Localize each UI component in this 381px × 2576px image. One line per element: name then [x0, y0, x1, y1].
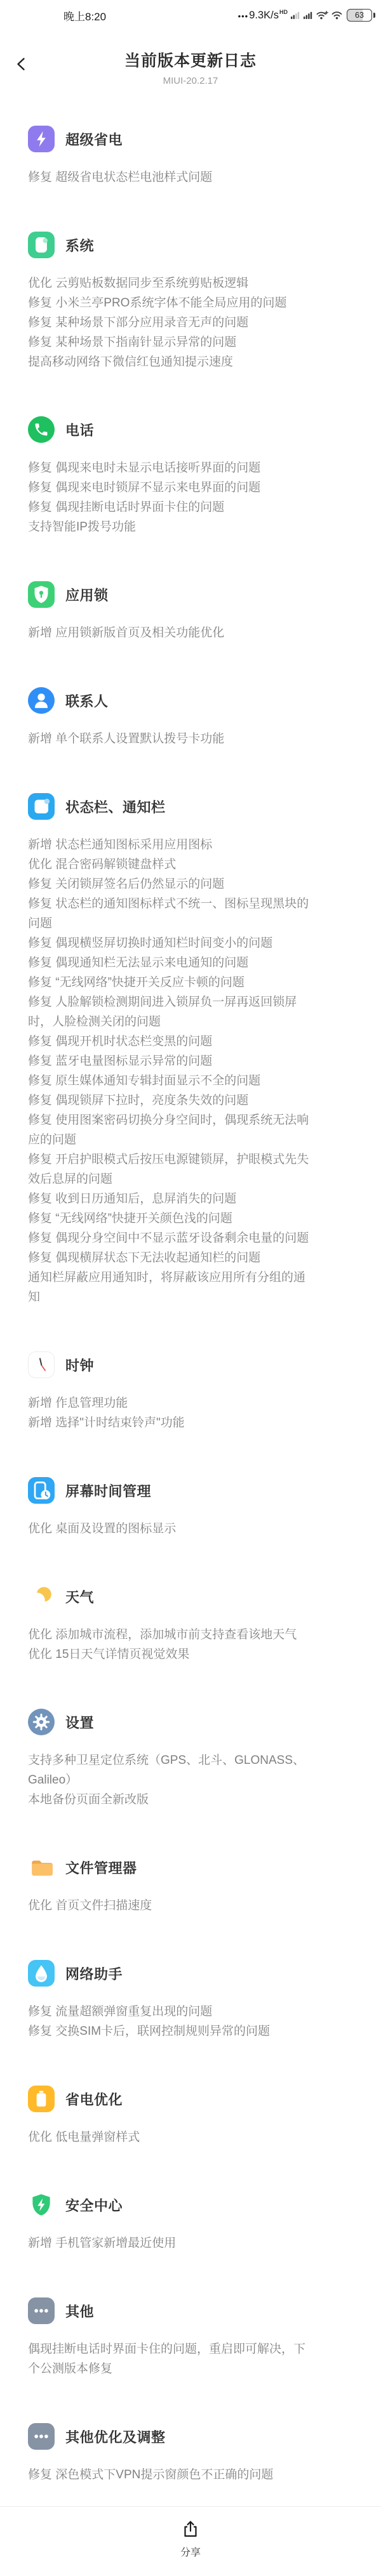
changelog-sections: 超级省电 修复 超级省电状态栏电池样式问题 系统 优化 云剪贴板数据同步至系统剪…: [0, 98, 381, 2485]
back-button[interactable]: [10, 53, 33, 76]
section-title: 电话: [65, 420, 94, 440]
changelog-item: 修复 “无线网络”快捷开关颜色浅的问题: [28, 1209, 315, 1228]
changelog-item: 修复 原生媒体通知专辑封面显示不全的问题: [28, 1071, 315, 1091]
changelog-item: 修复 小米兰亭PRO系统字体不能全局应用的问题: [28, 293, 315, 313]
section-title: 其他: [65, 2301, 94, 2321]
changelog-item: 优化 云剪贴板数据同步至系统剪贴板逻辑: [28, 273, 315, 293]
changelog-item: 优化 首页文件扫描速度: [28, 1896, 315, 1916]
section-header: 电话: [28, 416, 353, 443]
section-items: 优化 云剪贴板数据同步至系统剪贴板逻辑修复 小米兰亭PRO系统字体不能全局应用的…: [28, 273, 315, 372]
section-header: 时钟: [28, 1351, 353, 1378]
section-header: 系统: [28, 232, 353, 258]
changelog-section: 设置 支持多种卫星定位系统（GPS、北斗、GLONASS、Galileo）本地备…: [0, 1709, 381, 1810]
status-bar: 晚上8:20 •••9.3K/sHD 63: [0, 0, 381, 25]
battery-level: 63: [355, 11, 364, 20]
changelog-item: 修复 状态栏的通知图标样式不统一、图标呈现黑块的问题: [28, 894, 315, 933]
changelog-item: 修复 偶现来电时锁屏不显示来电界面的问题: [28, 478, 315, 497]
section-title: 天气: [65, 1587, 94, 1607]
changelog-section: 状态栏、通知栏 新增 状态栏通知图标采用应用图标优化 混合密码解锁键盘样式修复 …: [0, 793, 381, 1307]
gear-icon: [28, 1709, 55, 1735]
changelog-section: 其他优化及调整 修复 深色模式下VPN提示窗颜色不正确的问题: [0, 2423, 381, 2485]
battery-icon: 63: [347, 9, 372, 22]
section-title: 安全中心: [65, 2195, 123, 2215]
section-header: 天气: [28, 1583, 353, 1610]
changelog-item: 修复 使用图案密码切换分身空间时，偶现系统无法响应的问题: [28, 1110, 315, 1150]
lightning-icon: [28, 126, 55, 152]
network-speed: •••9.3K/sHD: [238, 10, 288, 22]
section-header: 其他优化及调整: [28, 2423, 353, 2450]
changelog-item: 修复 收到日历通知后，息屏消失的问题: [28, 1189, 315, 1209]
section-title: 系统: [65, 235, 94, 255]
changelog-item: 偶现挂断电话时界面卡住的问题，重启即可解决，下个公测版本修复: [28, 2339, 315, 2379]
phone-icon: [28, 416, 55, 443]
section-items: 修复 深色模式下VPN提示窗颜色不正确的问题: [28, 2465, 315, 2485]
section-items: 修复 超级省电状态栏电池样式问题: [28, 168, 315, 187]
shield-bolt-icon: [28, 2192, 55, 2218]
folder-icon: [28, 1854, 55, 1881]
section-title: 网络助手: [65, 1964, 123, 1983]
share-button[interactable]: 分享: [177, 2518, 204, 2560]
signal-icon: [304, 11, 313, 20]
changelog-item: 修复 偶现开机时状态栏变黑的问题: [28, 1032, 315, 1051]
changelog-item: 本地备份页面全新改版: [28, 1790, 315, 1810]
changelog-item: 修复 开启护眼模式后按压电源键锁屏，护眼模式先失效后息屏的问题: [28, 1150, 315, 1189]
section-title: 状态栏、通知栏: [65, 797, 166, 817]
changelog-section: 系统 优化 云剪贴板数据同步至系统剪贴板逻辑修复 小米兰亭PRO系统字体不能全局…: [0, 232, 381, 372]
back-chevron-icon: [13, 56, 30, 74]
changelog-item: 修复 某种场景下部分应用录音无声的问题: [28, 313, 315, 332]
section-items: 偶现挂断电话时界面卡住的问题，重启即可解决，下个公测版本修复: [28, 2339, 315, 2379]
changelog-item: 新增 选择"计时结束铃声"功能: [28, 1413, 315, 1433]
ellipsis-icon: [28, 2297, 55, 2324]
section-title: 应用锁: [65, 585, 109, 605]
changelog-item: 优化 低电量弹窗样式: [28, 2127, 315, 2147]
section-items: 新增 应用锁新版首页及相关功能优化: [28, 623, 315, 643]
section-items: 优化 低电量弹窗样式: [28, 2127, 315, 2147]
changelog-item: 修复 偶现分身空间中不显示蓝牙设备剩余电量的问题: [28, 1228, 315, 1248]
section-title: 其他优化及调整: [65, 2427, 166, 2447]
changelog-section: 安全中心 新增 手机管家新增最近使用: [0, 2192, 381, 2253]
changelog-section: 省电优化 优化 低电量弹窗样式: [0, 2086, 381, 2147]
page-header: 当前版本更新日志 MIUI-20.2.17: [0, 25, 381, 98]
hd-volte-icon: HD: [279, 9, 288, 15]
section-header: 屏幕时间管理: [28, 1477, 353, 1504]
water-drop-icon: [28, 1960, 55, 1987]
changelog-item: 通知栏屏蔽应用通知时，将屏蔽该应用所有分组的通知: [28, 1268, 315, 1307]
changelog-item: 修复 人脸解锁检测期间进入锁屏负一屏再返回锁屏时，人脸检测关闭的问题: [28, 992, 315, 1032]
changelog-item: 优化 混合密码解锁键盘样式: [28, 855, 315, 874]
changelog-item: 修复 深色模式下VPN提示窗颜色不正确的问题: [28, 2465, 315, 2485]
changelog-item: 修复 某种场景下指南针显示异常的问题: [28, 332, 315, 352]
changelog-item: 修复 交换SIM卡后，联网控制规则异常的问题: [28, 2021, 315, 2041]
section-items: 支持多种卫星定位系统（GPS、北斗、GLONASS、Galileo）本地备份页面…: [28, 1751, 315, 1810]
changelog-item: 优化 添加城市流程，添加城市前支持查看该地天气: [28, 1625, 315, 1645]
footer-bar: 分享: [0, 2506, 381, 2576]
changelog-page: 晚上8:20 •••9.3K/sHD 63 当前版本更新日志 MIUI-20: [0, 0, 381, 2576]
changelog-section: 时钟 新增 作息管理功能新增 选择"计时结束铃声"功能: [0, 1351, 381, 1433]
changelog-section: 天气 优化 添加城市流程，添加城市前支持查看该地天气优化 15日天气详情页视觉效…: [0, 1583, 381, 1664]
section-title: 设置: [65, 1712, 94, 1732]
section-title: 超级省电: [65, 129, 123, 149]
changelog-item: 修复 偶现横竖屏切换时通知栏时间变小的问题: [28, 933, 315, 953]
changelog-section: 超级省电 修复 超级省电状态栏电池样式问题: [0, 126, 381, 187]
section-title: 时钟: [65, 1355, 94, 1375]
section-items: 优化 添加城市流程，添加城市前支持查看该地天气优化 15日天气详情页视觉效果: [28, 1625, 315, 1664]
changelog-item: 新增 应用锁新版首页及相关功能优化: [28, 623, 315, 643]
changelog-section: 应用锁 新增 应用锁新版首页及相关功能优化: [0, 581, 381, 643]
changelog-item: 优化 桌面及设置的图标显示: [28, 1519, 315, 1539]
section-header: 应用锁: [28, 581, 353, 608]
section-header: 联系人: [28, 687, 353, 714]
section-title: 联系人: [65, 691, 109, 711]
notification-panel-icon: [28, 793, 55, 820]
section-items: 新增 单个联系人设置默认拨号卡功能: [28, 729, 315, 749]
share-label: 分享: [180, 2544, 201, 2559]
changelog-item: 修复 蓝牙电量图标显示异常的问题: [28, 1051, 315, 1071]
section-items: 新增 状态栏通知图标采用应用图标优化 混合密码解锁键盘样式修复 关闭锁屏签名后仍…: [28, 835, 315, 1307]
status-icons: •••9.3K/sHD 63: [238, 9, 372, 22]
page-title: 当前版本更新日志: [0, 48, 381, 71]
changelog-section: 屏幕时间管理 优化 桌面及设置的图标显示: [0, 1477, 381, 1539]
section-items: 新增 手机管家新增最近使用: [28, 2233, 315, 2253]
changelog-section: 其他 偶现挂断电话时界面卡住的问题，重启即可解决，下个公测版本修复: [0, 2297, 381, 2379]
ellipsis-icon: [28, 2423, 55, 2450]
clock-icon: [28, 1351, 55, 1378]
section-header: 省电优化: [28, 2086, 353, 2112]
signal-icon: [291, 11, 300, 20]
changelog-item: 修复 偶现挂断电话时界面卡住的问题: [28, 497, 315, 517]
section-title: 屏幕时间管理: [65, 1481, 151, 1501]
section-header: 其他: [28, 2297, 353, 2324]
section-header: 状态栏、通知栏: [28, 793, 353, 820]
changelog-item: 修复 超级省电状态栏电池样式问题: [28, 168, 315, 187]
battery-icon: [28, 2086, 55, 2112]
section-header: 文件管理器: [28, 1854, 353, 1881]
changelog-item: 修复 偶现通知栏无法显示来电通知的问题: [28, 953, 315, 973]
section-header: 网络助手: [28, 1960, 353, 1987]
changelog-item: 修复 偶现锁屏下拉时，亮度条失效的问题: [28, 1091, 315, 1110]
changelog-item: 修复 偶现来电时未显示电话接听界面的问题: [28, 458, 315, 478]
changelog-section: 电话 修复 偶现来电时未显示电话接听界面的问题修复 偶现来电时锁屏不显示来电界面…: [0, 416, 381, 537]
section-items: 新增 作息管理功能新增 选择"计时结束铃声"功能: [28, 1393, 315, 1433]
version-subtitle: MIUI-20.2.17: [0, 76, 381, 86]
changelog-item: 修复 偶现横屏状态下无法收起通知栏的问题: [28, 1248, 315, 1268]
changelog-item: 新增 单个联系人设置默认拨号卡功能: [28, 729, 315, 749]
changelog-section: 文件管理器 优化 首页文件扫描速度: [0, 1854, 381, 1916]
system-icon: [28, 232, 55, 258]
section-header: 安全中心: [28, 2192, 353, 2218]
changelog-item: 支持多种卫星定位系统（GPS、北斗、GLONASS、Galileo）: [28, 1751, 315, 1790]
shield-lock-icon: [28, 581, 55, 608]
changelog-section: 联系人 新增 单个联系人设置默认拨号卡功能: [0, 687, 381, 749]
section-header: 设置: [28, 1709, 353, 1735]
changelog-item: 新增 作息管理功能: [28, 1393, 315, 1413]
section-title: 省电优化: [65, 2089, 123, 2109]
phone-clock-icon: [28, 1477, 55, 1504]
section-header: 超级省电: [28, 126, 353, 152]
section-title: 文件管理器: [65, 1858, 137, 1877]
changelog-item: 新增 状态栏通知图标采用应用图标: [28, 835, 315, 855]
changelog-item: 提高移动网络下微信红包通知提示速度: [28, 352, 315, 372]
wifi-plus-icon: [316, 11, 328, 20]
person-icon: [28, 687, 55, 714]
section-items: 优化 桌面及设置的图标显示: [28, 1519, 315, 1539]
section-items: 修复 偶现来电时未显示电话接听界面的问题修复 偶现来电时锁屏不显示来电界面的问题…: [28, 458, 315, 537]
status-time: 晚上8:20: [63, 8, 106, 23]
changelog-item: 修复 流量超额弹窗重复出现的问题: [28, 2002, 315, 2021]
changelog-item: 新增 手机管家新增最近使用: [28, 2233, 315, 2253]
share-icon: [180, 2519, 201, 2541]
changelog-section: 网络助手 修复 流量超额弹窗重复出现的问题修复 交换SIM卡后，联网控制规则异常…: [0, 1960, 381, 2041]
wifi-icon: [331, 11, 342, 20]
section-items: 优化 首页文件扫描速度: [28, 1896, 315, 1916]
sun-icon: [28, 1583, 55, 1610]
changelog-item: 支持智能IP拨号功能: [28, 517, 315, 537]
section-items: 修复 流量超额弹窗重复出现的问题修复 交换SIM卡后，联网控制规则异常的问题: [28, 2002, 315, 2041]
changelog-item: 修复 关闭锁屏签名后仍然显示的问题: [28, 874, 315, 894]
changelog-item: 修复 “无线网络”快捷开关反应卡顿的问题: [28, 973, 315, 992]
changelog-item: 优化 15日天气详情页视觉效果: [28, 1645, 315, 1664]
